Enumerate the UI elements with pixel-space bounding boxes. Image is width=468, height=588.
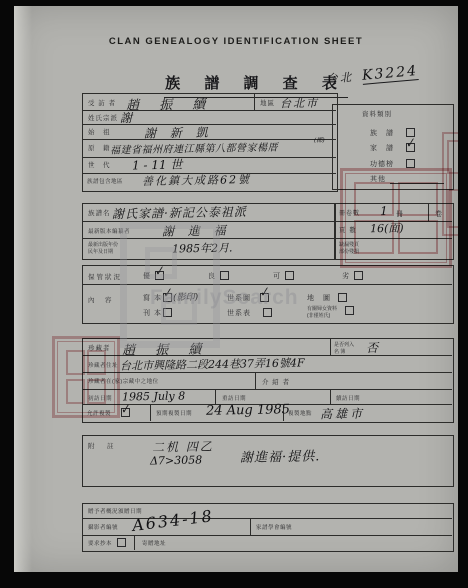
interviewee-label: 受 訪 者 <box>88 98 116 107</box>
content-women-label: 有關婦女資料 <box>307 305 337 312</box>
row-line <box>82 157 336 158</box>
cell-line <box>134 535 135 550</box>
interviewee-value: 趙 振 續 <box>126 93 214 114</box>
area-label: 地區 <box>260 98 275 107</box>
cell-line <box>215 389 216 404</box>
book-title-value: 謝氏家譜·新記公泰祖派 <box>112 203 247 222</box>
pubdate-label-line2: 民年及日期 <box>88 248 113 255</box>
generation-value: 1 - 11 世 <box>132 156 183 174</box>
content-map-checkbox <box>338 293 347 302</box>
cell-line <box>255 372 256 389</box>
society-no-label: 家譜學會編號 <box>256 523 292 531</box>
archive-code-number: K3224 <box>361 63 418 85</box>
keeper-address-value: 台北市興隆路二段244巷37弄16號4F <box>120 354 305 373</box>
keeper-listed-label-line1: 是否列入 <box>334 341 354 348</box>
surname-label: 姓氏宗派 <box>88 113 118 122</box>
founder-label: 始 祖 <box>88 127 111 136</box>
cell-line <box>150 404 151 421</box>
category-option-family: 家 譜 <box>370 143 394 153</box>
seal-glyph <box>398 182 438 216</box>
pubdate-label-line1: 最新出版年份 <box>88 241 118 248</box>
seal-glyph <box>66 379 85 404</box>
scanned-sheet: CLAN GENEALOGY IDENTIFICATION SHEET 族 譜 … <box>14 6 458 572</box>
copy-date-value: 24 Aug 1985 <box>206 402 290 418</box>
donor-label: 贈予者概況頒贈日期 <box>88 507 142 515</box>
notes-line1: 二机 四乙 <box>152 437 214 455</box>
red-seal-right-edge <box>442 132 458 236</box>
content-label: 內 容 <box>88 295 114 304</box>
surname-value: 謝 <box>120 109 132 126</box>
notes-line3: 謝進福·提供. <box>240 445 321 465</box>
book-title-label: 族譜名 <box>88 208 111 217</box>
region-value: 善化鎮大成路62號 <box>142 171 251 189</box>
category-title: 資料類別 <box>362 109 392 118</box>
revisit-label: 重訪日期 <box>222 394 246 402</box>
photographer-no-label: 攝影者編號 <box>88 523 118 531</box>
cell-line <box>254 93 255 110</box>
condition-fair-label: 可 <box>273 271 281 281</box>
condition-good-checkbox <box>220 271 229 280</box>
content-women-checkbox <box>345 306 354 315</box>
condition-label: 保管狀況 <box>88 272 122 281</box>
red-seal-large <box>340 168 452 268</box>
donation-address-label: 寄贈地址 <box>142 539 166 547</box>
content-map-label: 地 圖 <box>307 293 331 303</box>
copy-place-value: 高雄市 <box>320 405 365 423</box>
region-label: 族譜包含地區 <box>87 177 123 185</box>
seal-glyph <box>66 350 85 375</box>
sheet-english-title: CLAN GENEALOGY IDENTIFICATION SHEET <box>14 36 458 47</box>
copy-date-label: 預期複製日期 <box>156 409 192 417</box>
content-women-sublabel: (非僅姓氏) <box>307 312 330 319</box>
microfilm-frame: CLAN GENEALOGY IDENTIFICATION SHEET 族 譜 … <box>0 0 468 588</box>
introducer-label: 介 紹 者 <box>262 377 290 386</box>
condition-poor-checkbox <box>354 271 363 280</box>
red-seal-left <box>52 336 120 418</box>
area-value: 台北市 <box>280 95 319 112</box>
keeper-listed-value: 否 <box>366 339 378 356</box>
seal-glyph <box>354 182 394 216</box>
condition-poor-label: 劣 <box>342 271 350 281</box>
archive-code: 台北K3224 <box>325 60 418 87</box>
seal-glyph <box>447 140 458 174</box>
category-option-clan: 族 譜 <box>370 128 394 138</box>
archive-code-region: 台北 <box>326 70 354 86</box>
cell-line <box>330 389 331 404</box>
request-copy-checkbox <box>117 538 126 547</box>
category-merit-checkbox <box>406 159 415 168</box>
cell-line <box>330 338 331 355</box>
page-edge-highlight <box>14 6 32 572</box>
seal-glyph <box>398 220 438 254</box>
notes-line2: Δ7>3058 <box>150 454 202 468</box>
row-line <box>82 535 452 536</box>
keeper-listed-label-line2: 名 簿 <box>334 348 345 355</box>
seal-glyph <box>87 379 106 404</box>
origin-value: 福建省福州府連江縣第八都營家楊厝 <box>110 139 278 157</box>
origin-label: 原 籍 <box>88 143 111 152</box>
seal-glyph <box>87 350 106 375</box>
request-copy-label: 要求抄本 <box>88 539 112 547</box>
cell-line <box>250 518 251 535</box>
watermark-logo <box>120 222 220 348</box>
condition-fair-checkbox <box>285 271 294 280</box>
seal-glyph <box>354 220 394 254</box>
origin-note: (郡) <box>314 135 325 144</box>
first-visit-value: 1985 July 8 <box>122 389 185 403</box>
copy-place-label: 複製地點 <box>288 409 312 417</box>
seal-glyph <box>447 189 458 228</box>
followup-visit-label: 續訪日期 <box>336 394 360 402</box>
notes-label: 附 註 <box>88 441 117 450</box>
watermark-text: FamilySearch <box>150 286 299 310</box>
generation-label: 世 代 <box>88 160 111 169</box>
watermark-logo-inner-top <box>145 247 177 279</box>
